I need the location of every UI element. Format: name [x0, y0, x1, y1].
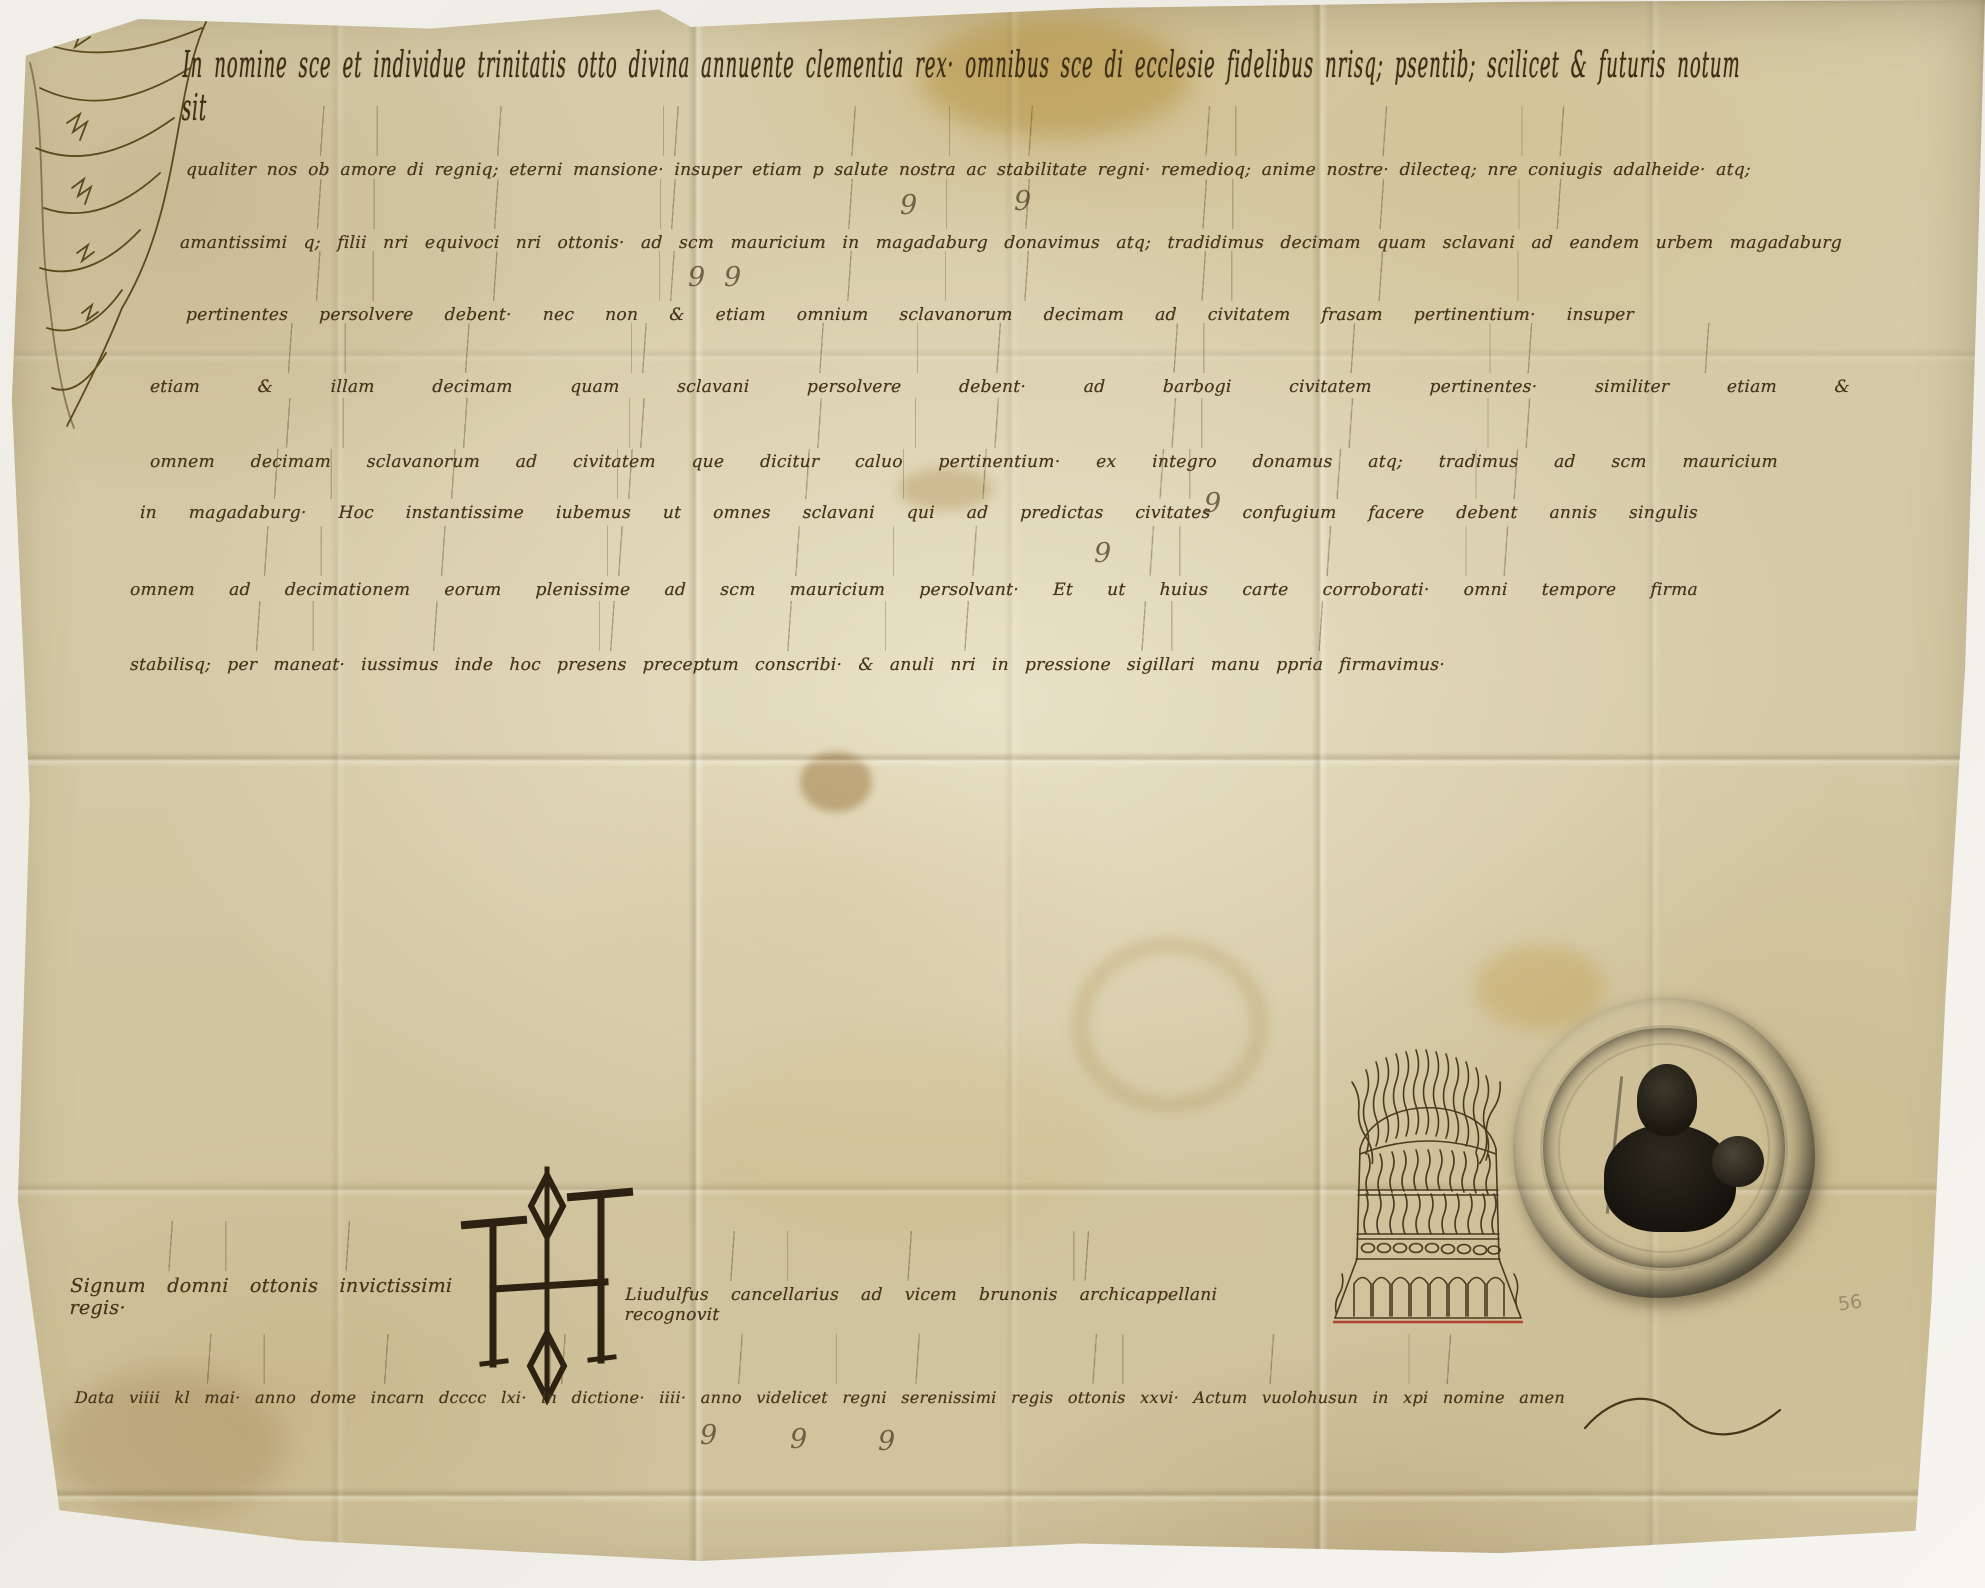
charter-body-line: etiam & illam decimam quam sclavani pers… [150, 377, 1851, 397]
stain-ring [1035, 905, 1305, 1145]
charter-invocation-line: In nomine sce et individue trinitatis ot… [182, 44, 1741, 130]
que-abbreviation-descender: 9 [688, 262, 705, 293]
seal-head-relief [1637, 1064, 1697, 1136]
que-abbreviation-descender: 9 [878, 1426, 895, 1457]
stain [1475, 945, 1605, 1030]
que-abbreviation-descender: 9 [790, 1424, 807, 1455]
que-abbreviation-descender: 9 [1014, 186, 1031, 217]
photograph-frame: In nomine sce et individue trinitatis ot… [0, 0, 1985, 1588]
stain [690, 1040, 1110, 1250]
que-abbreviation-descender: 9 [900, 190, 917, 221]
closing-flourish [1580, 1388, 1790, 1448]
archival-number: 56 [1837, 1290, 1864, 1315]
charter-body-line: qualiter nos ob amore di regniq; eterni … [186, 160, 1752, 180]
parchment-sheet: In nomine sce et individue trinitatis ot… [0, 0, 1985, 1588]
chancery-recognition-sign [1330, 1052, 1528, 1330]
que-abbreviation-descender: 9 [1094, 538, 1111, 569]
fold-crease [0, 752, 1985, 767]
seal-orb-relief [1712, 1136, 1763, 1187]
black-wax-seal [1513, 998, 1815, 1298]
charter-body-line: pertinentes persolvere debent· nec non &… [186, 305, 1635, 325]
charter-body-line: omnem decimam sclavanorum ad civitatem q… [150, 452, 1779, 472]
que-abbreviation-descender: 9 [724, 262, 741, 293]
charter-body-line: stabilisq; per maneat· iussimus inde hoc… [130, 655, 1446, 675]
signum-line: Signum domni ottonis invictissimi regis· [69, 1275, 453, 1319]
dating-line: Data viiii kl mai· anno dome incarn dccc… [75, 1388, 1566, 1407]
recognition-line: Liudulfus cancellarius ad vicem brunonis… [624, 1285, 1217, 1325]
seal-bust-relief [1604, 1124, 1737, 1232]
stain [800, 752, 872, 812]
charter-body-line: in magadaburg· Hoc instantissime iubemus… [140, 503, 1699, 523]
charter-body-line: amantissimi q; filii nri equivoci nri ot… [180, 233, 1843, 253]
charter-body-line: omnem ad decimationem eorum plenissime a… [130, 580, 1699, 600]
otto-royal-monogram [455, 1163, 633, 1407]
que-abbreviation-descender: 9 [700, 1420, 717, 1451]
fold-crease [0, 1488, 1985, 1503]
fold-crease [0, 348, 1985, 363]
